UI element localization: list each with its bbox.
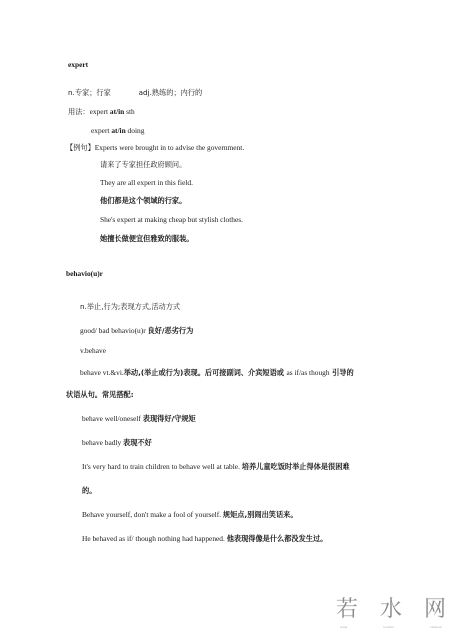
expert-example-3-en: She's expert at making cheap but stylish… [100,215,243,225]
example-en: Behave yourself, don't make a fool of yo… [82,510,223,519]
example-en: It's very hard to train children to beha… [82,462,242,471]
watermark-char: 水 [380,597,402,623]
expert-example-3-zh: 她擅长做便宜但雅致的服装。 [100,234,193,244]
usage-prefix: expert [91,126,111,135]
collocation-zh: 良好/恶劣行为 [148,326,194,335]
behave-phrase-2: behave badly 表现不好 [82,438,152,448]
expert-example-2-en: They are all expert in this field. [100,178,193,188]
behave-description-line-2: 状语从句。常见搭配: [66,390,134,400]
usage-preposition: at/in [111,126,125,135]
watermark-subtext: www ruoshui network [336,623,446,629]
collocation-en: good/ bad behavio(u)r [80,326,148,335]
phrase-en: behave badly [82,438,123,447]
behave-description-line-1: behave vt.&vi.举动,(举止或行为)表现。后可接副词、介宾短语或 a… [80,368,354,378]
watermark-char: 网 [424,597,446,623]
verb-desc-zh: 举动,(举止或行为)表现。后可接副词、介宾短语或 [124,368,287,377]
watermark-logo: 若 水 网 www ruoshui network [336,597,446,633]
expert-noun-meaning: n.专家；行家 [68,88,111,97]
usage-label: 用法： [68,107,90,116]
watermark-subtext-item: www [340,625,347,629]
watermark-subtext-item: network [430,625,442,629]
watermark-chars: 若 水 网 [336,597,446,623]
expert-pos-line: n.专家；行家 adj.熟练的；内行的 [68,88,202,98]
phrase-en: behave well/oneself [82,414,143,423]
verb-desc-en: behave vt.&vi. [80,368,124,377]
usage-suffix: sth [124,107,134,116]
verb-desc-zh2: 引导的 [330,368,354,377]
behaviour-verb-form: v.behave [80,346,106,356]
example-en: Experts were brought in to advise the go… [95,143,244,152]
expert-example-1-zh: 请来了专家担任政府顾问。 [100,160,186,170]
example-zh: 培养儿童吃饭时举止得体是很困难 [242,462,350,471]
watermark-subtext-item: ruoshui [383,625,394,629]
phrase-zh: 表现得好/守规矩 [143,414,196,423]
verb-desc-en2: as if/as though [286,368,329,377]
example-zh: 他表现得像是什么都没发生过。 [227,534,328,543]
behave-example-1: It's very hard to train children to beha… [82,462,350,472]
watermark-char: 若 [336,597,358,623]
phrase-zh: 表现不好 [123,438,152,447]
expert-example-1-en: 【例句】Experts were brought in to advise th… [66,143,244,153]
behave-example-3: He behaved as if/ though nothing had hap… [82,534,327,544]
headword-behaviour: behavio(u)r [66,269,103,279]
expert-adj-meaning: adj.熟练的；内行的 [139,88,203,97]
usage-preposition: at/in [110,107,124,116]
behave-phrase-1: behave well/oneself 表现得好/守规矩 [82,414,196,424]
example-zh: 规矩点,别闹出笑话来。 [223,510,298,519]
expert-example-2-zh: 他们都是这个领域的行家。 [100,196,186,206]
behaviour-collocation: good/ bad behavio(u)r 良好/恶劣行为 [80,326,193,336]
usage-suffix: doing [126,126,145,135]
example-label: 【例句】 [66,143,95,152]
behaviour-meaning: n.举止,行为;表现方式,活动方式 [80,302,180,312]
behave-example-1-cont: 的。 [82,486,96,496]
expert-usage-line-2: expert at/in doing [91,126,144,136]
behave-example-2: Behave yourself, don't make a fool of yo… [82,510,298,520]
expert-usage-line-1: 用法：expert at/in sth [68,107,135,117]
headword-expert: expert [68,60,88,70]
usage-prefix: expert [90,107,110,116]
example-en: He behaved as if/ though nothing had hap… [82,534,227,543]
